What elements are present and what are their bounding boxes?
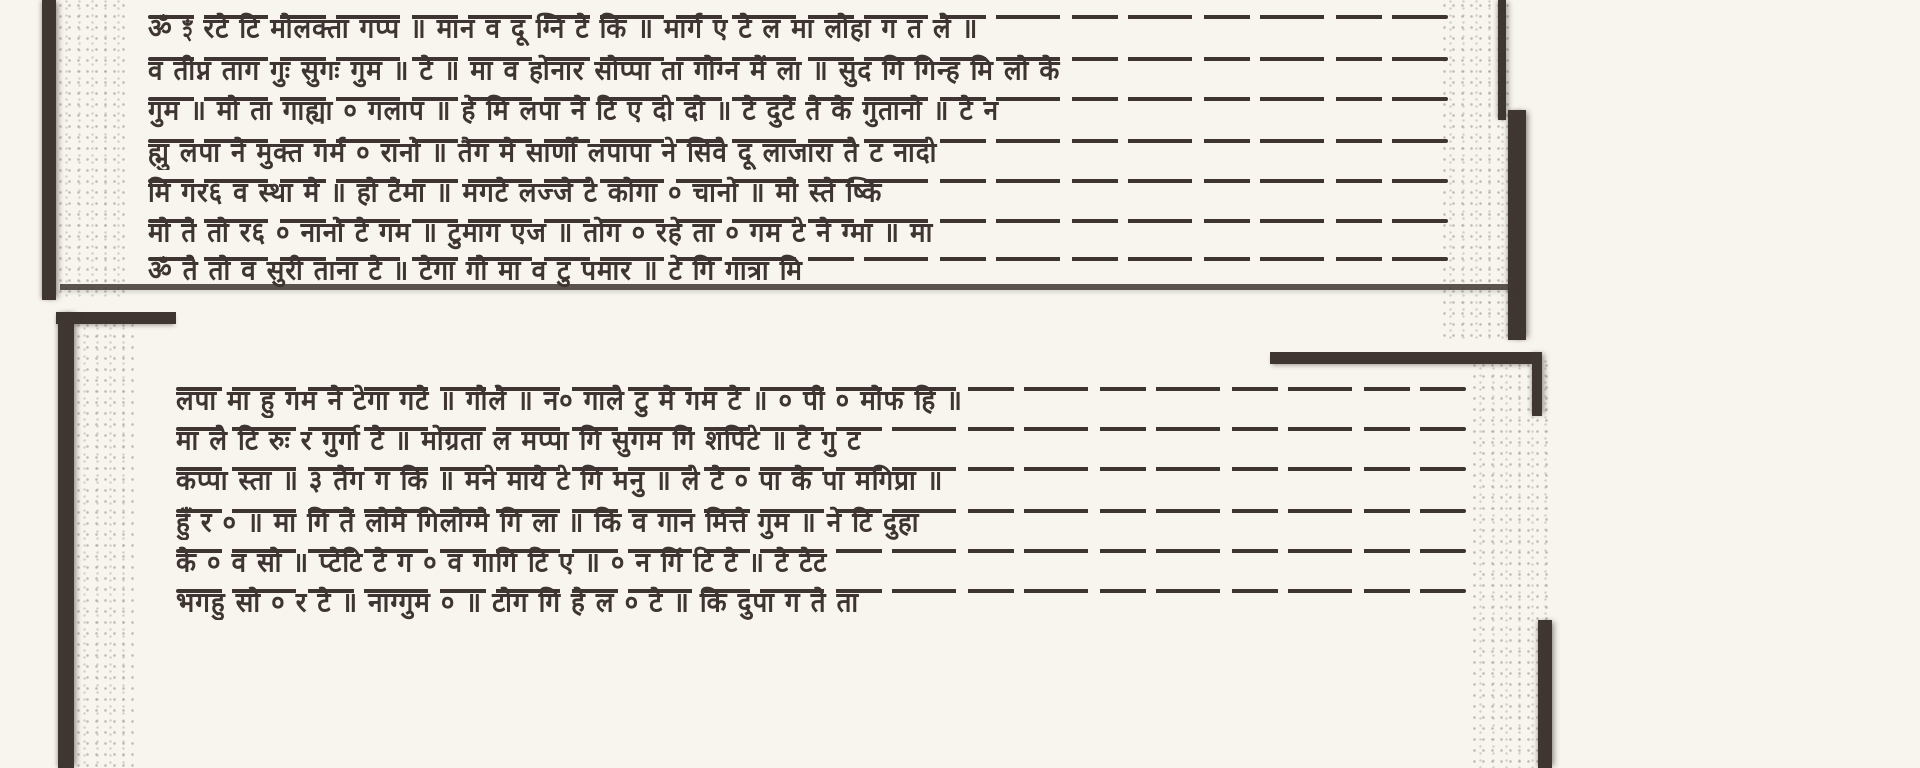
manuscript-line: भगहु सो ० र टे ॥ नाग्गुम ० ॥ टोग गि हे ल…	[176, 580, 1466, 620]
manuscript-line: ॐ ꣵ रटे टि मोलक्ता गप्प ॥ मान व दू ग्नि …	[148, 6, 1448, 46]
upper-left-border	[42, 0, 56, 300]
lower-text-block: लपा मा हु गम ने टेगा गटे ॥ गौले ॥ न० गाल…	[176, 378, 1466, 768]
manuscript-line: व तीप्न ताग गुः सुगः गुम ॥ टे ॥ मा व होन…	[148, 48, 1448, 88]
upper-left-margin-speckle	[56, 0, 126, 300]
line-text: ॐ ꣵ रटे टि मोलक्ता गप्प ॥ मान व दू ग्नि …	[148, 13, 978, 45]
manuscript-line: मो ते तो र६ ० नानो टे गम ॥ टुमाग एज ॥ तो…	[148, 210, 1448, 250]
manuscript-page: ॐ ꣵ रटे टि मोलक्ता गप्प ॥ मान व दू ग्नि …	[0, 0, 1920, 768]
line-text: मि गर६ व स्था मे ॥ हो टेमा ॥ मगटे लज्जे …	[148, 177, 882, 209]
line-text: ह्मु लपा ने मुक्त गर्म ० रानो ॥ तैग मे स…	[148, 137, 937, 169]
manuscript-line: के ० व सो ॥ प्टेटि टे ग ० व गागि टि ए ॥ …	[176, 540, 1466, 580]
manuscript-line: ह्मु लपा ने मुक्त गर्म ० रानो ॥ तैग मे स…	[148, 130, 1448, 170]
upper-text-block: ॐ ꣵ रटे टि मोलक्ता गप्प ॥ मान व दू ग्नि …	[148, 0, 1448, 290]
line-text: व तीप्न ताग गुः सुगः गुम ॥ टे ॥ मा व होन…	[148, 55, 1060, 87]
line-text: गुम ॥ मो ता गाह्या ० गलाप ॥ हे मि लपा ने…	[148, 95, 999, 127]
manuscript-line: हुँ र ० ॥ मा गि ते लोमे गिलोग्मे गि ला ॥…	[176, 500, 1466, 540]
line-text: भगहु सो ० र टे ॥ नाग्गुम ० ॥ टोग गि हे ल…	[176, 587, 859, 619]
line-text: हुँ र ० ॥ मा गि ते लोमे गिलोग्मे गि ला ॥…	[176, 507, 919, 539]
line-text: कप्पा स्ता ॥ ३ तैग ग कि ॥ मने माये टे गि…	[176, 465, 943, 497]
lower-left-margin-speckle	[74, 320, 134, 768]
line-text: लपा मा हु गम ने टेगा गटे ॥ गौले ॥ न० गाल…	[176, 385, 963, 417]
line-text: मो ते तो र६ ० नानो टे गम ॥ टुमाग एज ॥ तो…	[148, 217, 933, 249]
lower-right-margin-speckle	[1470, 360, 1550, 768]
manuscript-line: कप्पा स्ता ॥ ३ तैग ग कि ॥ मने माये टे गि…	[176, 458, 1466, 498]
manuscript-line: मा ले टि रुः र गुर्गा टे ॥ मोग्रता ल मप्…	[176, 418, 1466, 458]
manuscript-line: मि गर६ व स्था मे ॥ हो टेमा ॥ मगटे लज्जे …	[148, 170, 1448, 210]
lower-left-border	[58, 312, 74, 768]
manuscript-line: ॐ ते तो व सुरी ताना टे ॥ टेगा गो मा व टु…	[148, 248, 1448, 288]
manuscript-line: लपा मा हु गम ने टेगा गटे ॥ गौले ॥ न० गाल…	[176, 378, 1466, 418]
manuscript-line: गुम ॥ मो ता गाह्या ० गलाप ॥ हे मि लपा ने…	[148, 88, 1448, 128]
line-text: के ० व सो ॥ प्टेटि टे ग ० व गागि टि ए ॥ …	[176, 547, 827, 579]
line-text: मा ले टि रुः र गुर्गा टे ॥ मोग्रता ल मप्…	[176, 425, 861, 457]
line-text: ॐ ते तो व सुरी ताना टे ॥ टेगा गो मा व टु…	[148, 255, 803, 287]
upper-right-border-lower	[1508, 110, 1526, 340]
